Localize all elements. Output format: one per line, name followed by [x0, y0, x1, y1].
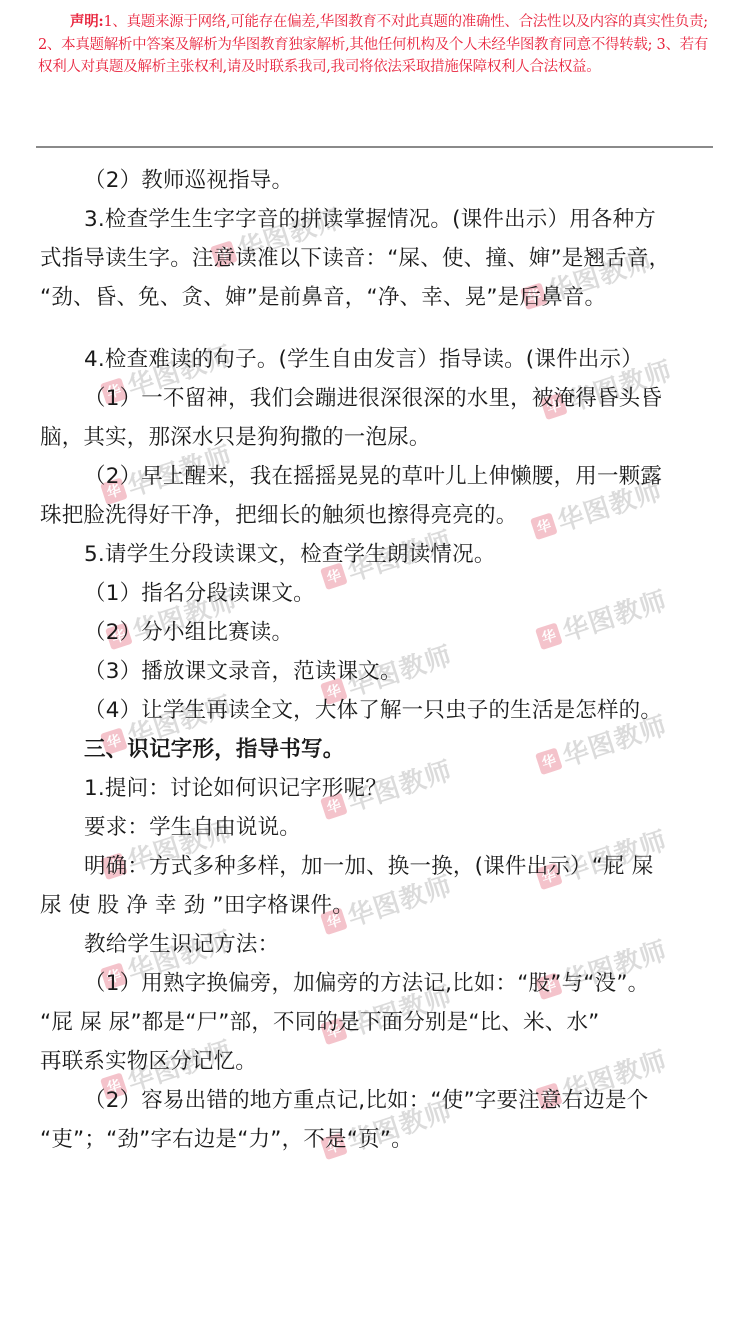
text-line: 4.检查难读的句子。(学生自由发言）指导读。(课件出示） — [84, 342, 643, 373]
text-line: 教给学生识记方法： — [84, 927, 279, 958]
text-line: 3.检查学生生字字音的拼读掌握情况。(课件出示）用各种方 — [84, 202, 656, 233]
text-line: （1）用熟字换偏旁，加偏旁的方法记,比如：“股”与“没”。 — [84, 966, 649, 997]
watermark: 华华图教师 — [533, 580, 672, 657]
watermark-logo-icon: 华 — [535, 747, 563, 775]
disclaimer-notice: 声明:1、真题来源于网络,可能存在偏差,华图教育不对此真题的准确性、合法性以及内… — [38, 11, 710, 79]
text-line: 珠把脸洗得好干净，把细长的触须也擦得亮亮的。 — [40, 498, 517, 529]
watermark-logo-icon: 华 — [535, 622, 563, 650]
text-line: “吏”；“劲”字右边是“力”，不是“页”。 — [40, 1122, 413, 1153]
text-line: 1.提问：讨论如何识记字形呢？ — [84, 771, 387, 802]
text-line: 式指导读生字。注意读准以下读音：“屎、使、撞、婶”是翘舌音， — [40, 241, 670, 272]
watermark-logo-icon: 华 — [530, 512, 558, 540]
text-line: “屁 屎 尿”都是“尸”部，不同的是下面分别是“比、米、水” — [40, 1005, 600, 1036]
text-line: “劲、昏、免、贪、婶”是前鼻音，“净、幸、晃”是后鼻音。 — [40, 280, 606, 311]
text-line: 脑，其实，那深水只是狗狗撒的一泡尿。 — [40, 420, 431, 451]
text-line: （1）指名分段读课文。 — [84, 576, 315, 607]
disclaimer-text: 1、真题来源于网络,可能存在偏差,华图教育不对此真题的准确性、合法性以及内容的真… — [38, 14, 708, 75]
text-line: （2）教师巡视指导。 — [84, 163, 293, 194]
text-line: （4）让学生再读全文，大体了解一只虫子的生活是怎样的。 — [84, 693, 662, 724]
text-line: （2）早上醒来，我在摇摇晃晃的草叶儿上伸懒腰，用一颗露 — [84, 459, 662, 490]
text-line: 尿 使 股 净 幸 劲 ”田字格课件。 — [40, 888, 354, 919]
text-line: 再联系实物区分记忆。 — [40, 1044, 257, 1075]
text-line: 明确：方式多种多样，加一加、换一换，(课件出示）“屁 屎 — [84, 849, 653, 880]
text-line: （1）一不留神，我们会蹦进很深很深的水里，被淹得昏头昏 — [84, 381, 662, 412]
text-line: 5.请学生分段读课文，检查学生朗读情况。 — [84, 537, 496, 568]
disclaimer-label: 声明: — [70, 13, 103, 30]
section-heading: 三、识记字形，指导书写。 — [84, 732, 344, 763]
text-line: （2）分小组比赛读。 — [84, 615, 293, 646]
text-line: 要求：学生自由说说。 — [84, 810, 301, 841]
text-line: （2）容易出错的地方重点记,比如：“使”字要注意右边是个 — [84, 1083, 648, 1114]
header-divider — [36, 146, 713, 148]
text-line: （3）播放课文录音，范读课文。 — [84, 654, 402, 685]
watermark-text: 华图教师 — [557, 580, 671, 649]
